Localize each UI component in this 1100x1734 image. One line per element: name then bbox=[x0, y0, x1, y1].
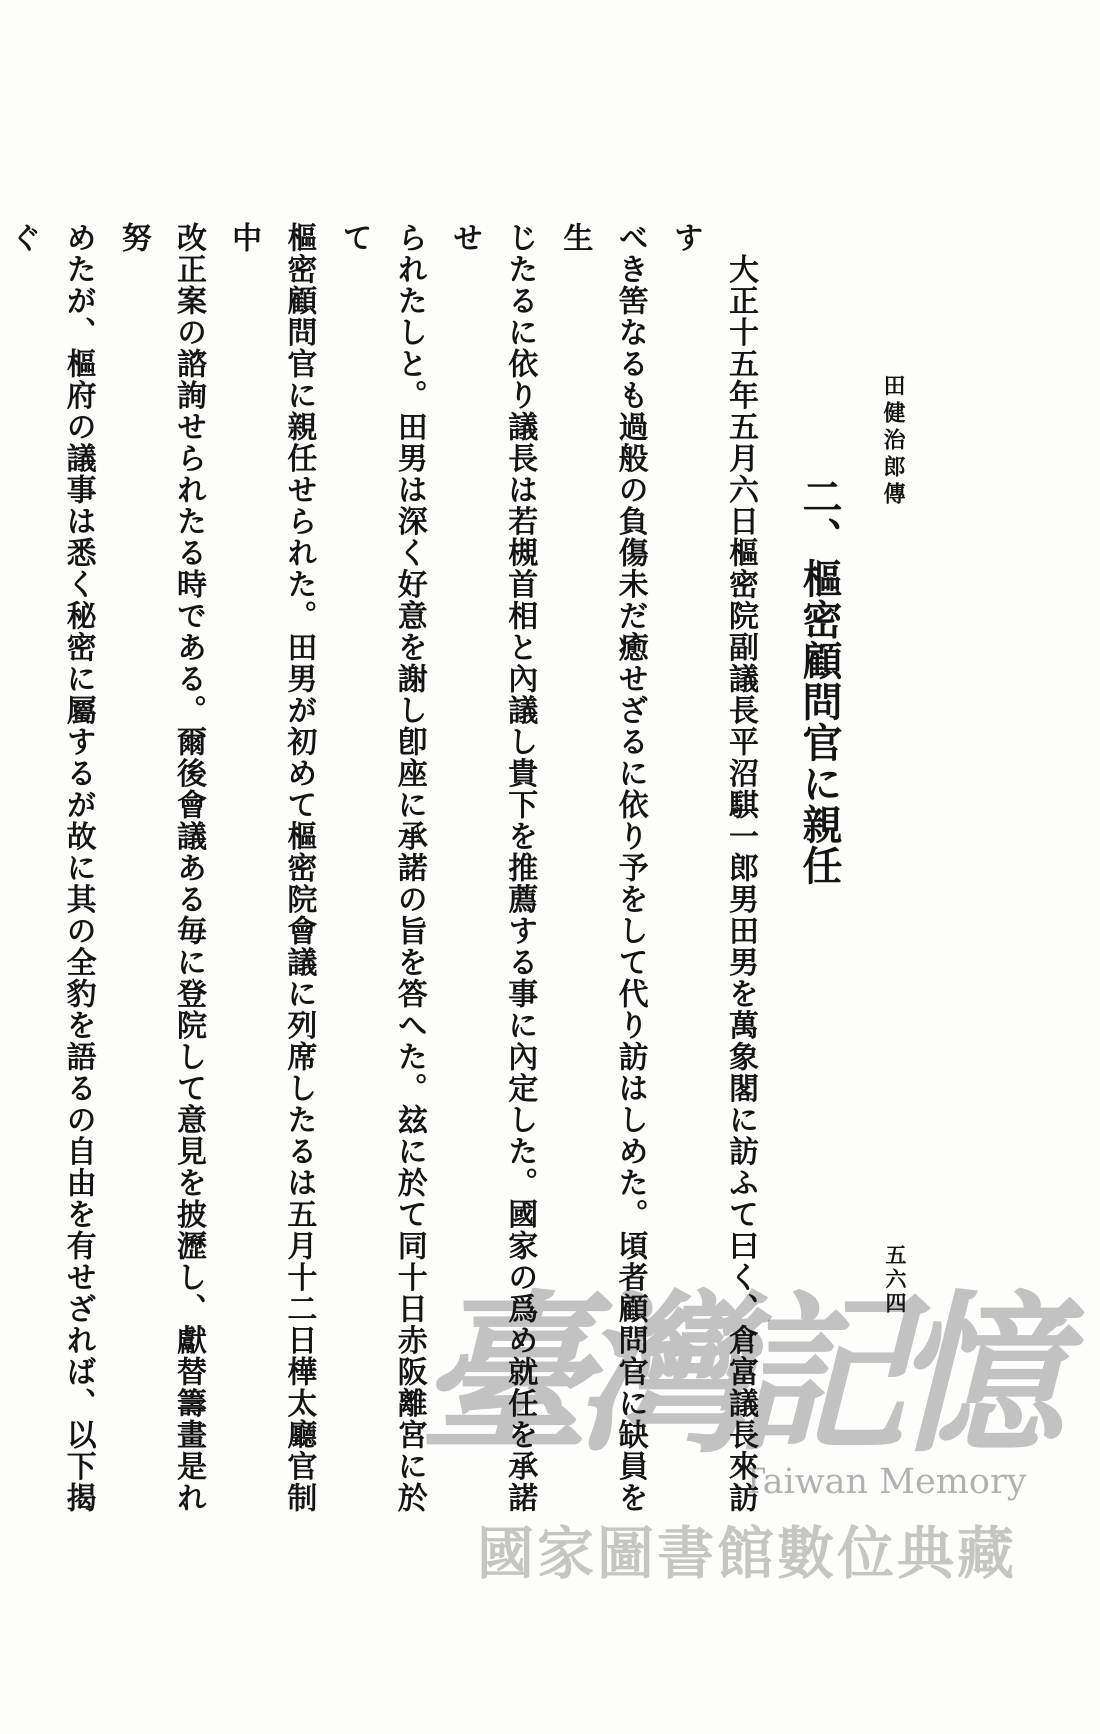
text-column: 改正案の諮詢せられたる時である。爾後會議ある毎に登院して意見を披瀝し、獻替籌畫是… bbox=[106, 222, 216, 1542]
text-column: られたしと。田男は深く好意を謝し卽座に承諾の旨を答へた。玆に於て同十日赤阪離宮に… bbox=[326, 222, 436, 1542]
printed-content: 田健治郎傳 二、樞密顧問官に親任 大正十五年五月六日樞密院副議長平沼騏一郎男田男… bbox=[0, 0, 1100, 1734]
body-text: 大正十五年五月六日樞密院副議長平沼騏一郎男田男を萬象閣に訪ふて曰く、倉富議長來訪… bbox=[0, 222, 768, 1542]
running-header: 田健治郎傳 bbox=[878, 374, 909, 509]
text-column: じたるに依り議長は若槻首相と內議し貴下を推薦する事に內定した。國家の爲め就任を承… bbox=[437, 222, 547, 1542]
page-number: 五六四 bbox=[880, 1244, 910, 1316]
text-column: 樞密顧問官に親任せられた。田男が初めて樞密院會議に列席したるは五月十二日樺太廳官… bbox=[216, 222, 326, 1542]
section-title: 二、樞密顧問官に親任 bbox=[791, 476, 848, 886]
text-column: 大正十五年五月六日樞密院副議長平沼騏一郎男田男を萬象閣に訪ふて曰く、倉富議長來訪… bbox=[658, 222, 768, 1542]
text-column: めたが、樞府の議事は悉く秘密に屬するが故に其の全豹を語るの自由を有せざれば、以下… bbox=[0, 222, 106, 1542]
text-column: べき筈なるも過般の負傷未だ癒せざるに依り予をして代り訪はしめた。頃者顧問官に缺員… bbox=[547, 222, 657, 1542]
book-page: 臺灣記憶 Taiwan Memory 國家圖書館數位典藏 田健治郎傳 二、樞密顧… bbox=[0, 0, 1100, 1734]
